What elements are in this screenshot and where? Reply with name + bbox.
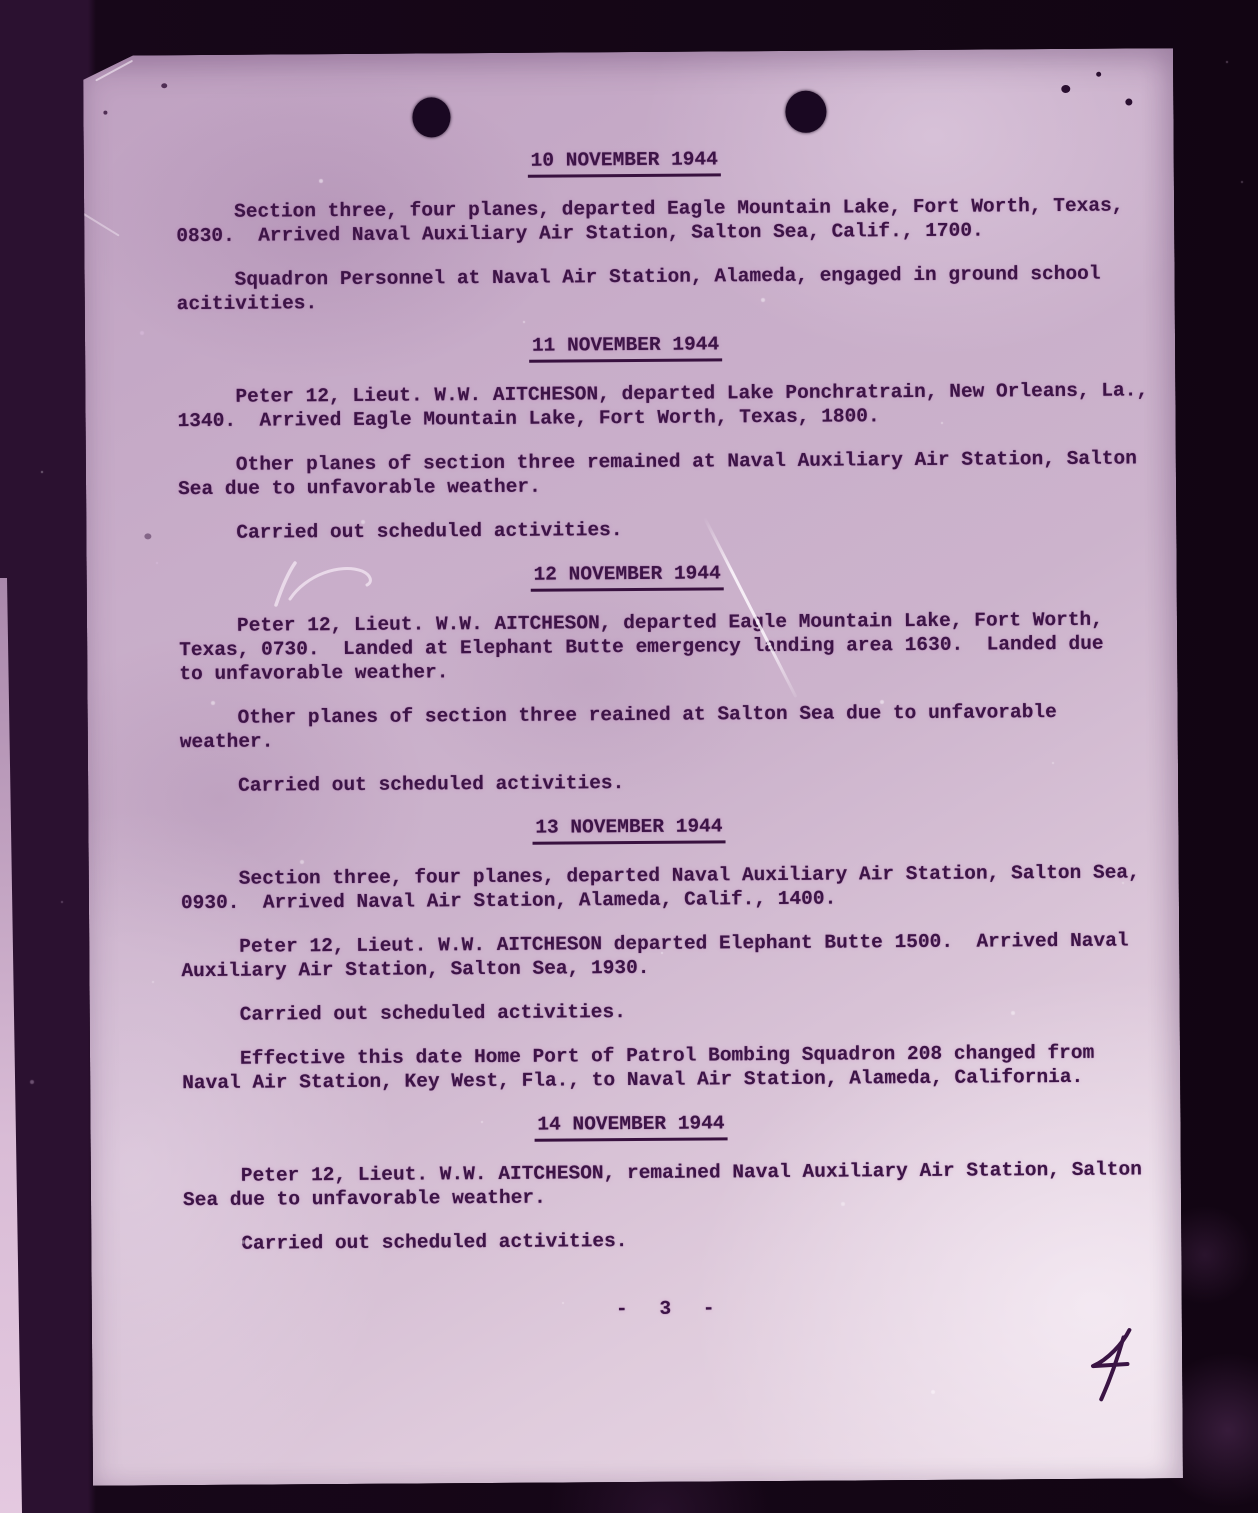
date-heading: 10 NOVEMBER 1944 (528, 147, 721, 177)
punch-hole-left (412, 97, 450, 137)
typed-page-number: - 3 - (178, 1293, 1163, 1324)
typewritten-content: 10 NOVEMBER 1944 Section three, four pla… (176, 144, 1169, 1324)
ink-speck (1061, 85, 1070, 93)
dust-specks (0, 0, 2, 2)
ink-speck (1096, 72, 1101, 77)
date-heading: 13 NOVEMBER 1944 (532, 814, 725, 844)
ink-speck (161, 83, 167, 88)
heading-row: 11 NOVEMBER 1944 (133, 330, 1118, 366)
film-edge-strip (0, 578, 24, 1513)
paragraph: Carried out scheduled activities. (178, 514, 1163, 545)
microfilm-scan: 10 NOVEMBER 1944 Section three, four pla… (0, 0, 1258, 1513)
paragraph: Carried out scheduled activities. (180, 767, 1165, 798)
paragraph: Effective this date Home Port of Patrol … (182, 1040, 1167, 1095)
ink-speck (103, 111, 107, 115)
paragraph: Peter 12, Lieut. W.W. AITCHESON departed… (181, 928, 1166, 983)
heading-row: 10 NOVEMBER 1944 (132, 145, 1117, 181)
handwritten-4-glyph (1082, 1318, 1148, 1414)
ink-speck (144, 533, 151, 539)
paragraph: Section three, four planes, departed Eag… (176, 193, 1161, 248)
paragraph: Squadron Personnel at Naval Air Station,… (177, 261, 1162, 316)
film-scratch (95, 60, 133, 82)
handwritten-page-number (1082, 1318, 1148, 1414)
document-page: 10 NOVEMBER 1944 Section three, four pla… (83, 48, 1183, 1486)
heading-row: 14 NOVEMBER 1944 (138, 1109, 1123, 1145)
paragraph: Section three, four planes, departed Nav… (181, 860, 1166, 915)
punch-hole-right (785, 91, 826, 133)
paragraph: Peter 12, Lieut. W.W. AITCHESON, departe… (177, 378, 1162, 433)
ink-speck (1125, 98, 1132, 105)
date-heading: 14 NOVEMBER 1944 (534, 1111, 727, 1141)
paragraph: Other planes of section three reained at… (180, 699, 1165, 754)
date-heading: 11 NOVEMBER 1944 (529, 332, 722, 362)
date-heading: 12 NOVEMBER 1944 (530, 561, 723, 591)
heading-row: 13 NOVEMBER 1944 (136, 812, 1121, 848)
paragraph: Carried out scheduled activities. (182, 996, 1167, 1027)
film-scratch-squiggle (252, 545, 422, 625)
paragraph: Carried out scheduled activities. (183, 1225, 1168, 1256)
paragraph: Other planes of section three remained a… (178, 446, 1163, 501)
film-scratch (83, 213, 120, 237)
paragraph: Peter 12, Lieut. W.W. AITCHESON, remaine… (183, 1157, 1168, 1212)
